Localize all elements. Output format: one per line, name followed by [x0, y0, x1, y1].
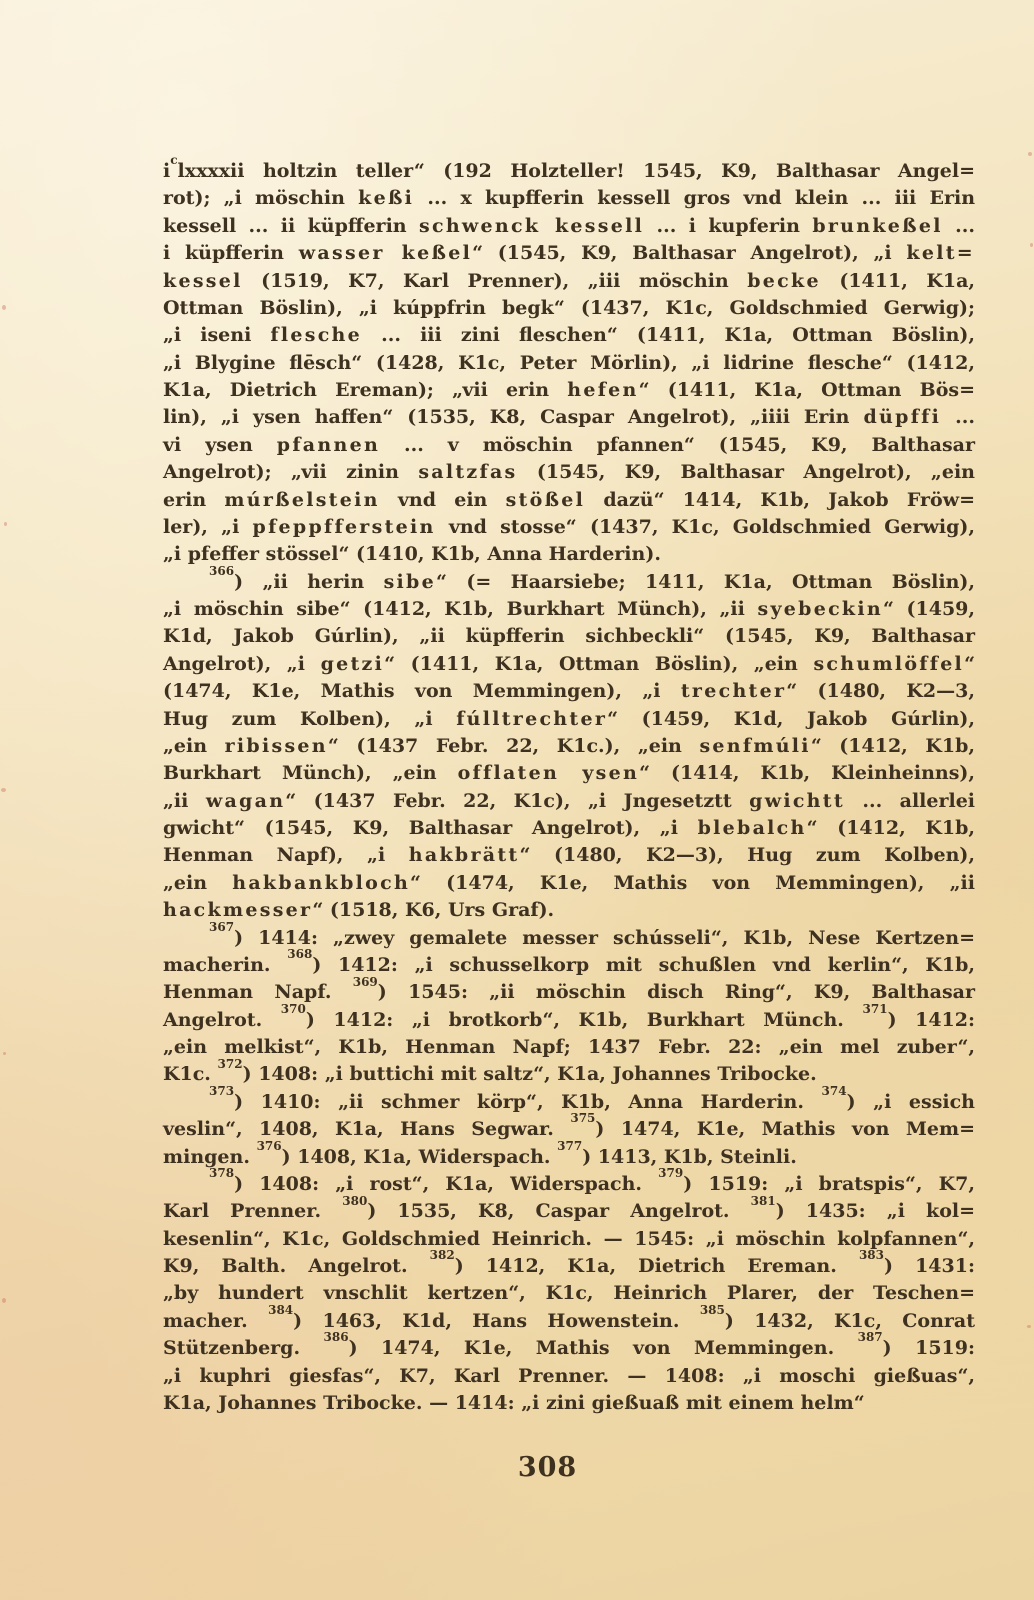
text-line: Henman Napf), „i hakbrätt“ (1480, K2—3),…: [163, 842, 975, 869]
text-line: 366) „ii herin sibe“ (= Haarsiebe; 1411,…: [163, 569, 975, 596]
text-line: „i kuphri giesfas“, K7, Karl Prenner. — …: [163, 1363, 975, 1390]
scan-artifact: [1, 788, 6, 792]
letterspaced-term: senfmúli: [699, 735, 810, 757]
text-line: lin), „i ysen haffen“ (1535, K8, Caspar …: [163, 404, 975, 431]
text-line: 367) 1414: „zwey gemalete messer schússe…: [163, 925, 975, 952]
text-line: „ein ribissen“ (1437 Febr. 22, K1c.), „e…: [163, 733, 975, 760]
scan-artifact: [1028, 152, 1032, 156]
footnote-number: 380: [342, 1194, 367, 1208]
text-line: Hug zum Kolben), „i fúlltrechter“ (1459,…: [163, 706, 975, 733]
text-line: K9, Balth. Angelrot. 382) 1412, K1a, Die…: [163, 1253, 975, 1280]
letterspaced-term: fúlltrechter: [456, 708, 607, 730]
footnote-number: 382: [430, 1248, 455, 1262]
text-run: ) 1535, K8, Caspar Angelrot.: [367, 1200, 750, 1222]
text-run: “ (1480, K2—3,: [786, 680, 975, 702]
text-run: Burkhart Münch), „ein: [163, 762, 458, 784]
text-run: ... v möschin pfannen“ (1545, K9, Baltha…: [380, 434, 975, 456]
letterspaced-term: wagan: [206, 790, 285, 812]
text-run: kesenlin“, K1c, Goldschmied Heinrich. — …: [163, 1228, 975, 1250]
text-run: “ (1411, K1a, Ottman Bös=: [639, 379, 975, 401]
text-run: ) 1435: „i kol=: [776, 1200, 975, 1222]
text-line: „ein melkist“, K1b, Henman Napf; 1437 Fe…: [163, 1034, 975, 1061]
text-run: ) 1474, K1e, Mathis von Mem=: [595, 1118, 975, 1140]
text-line: „i Blygine flēsch“ (1428, K1c, Peter Mör…: [163, 350, 975, 377]
footnote-number: 383: [859, 1248, 884, 1262]
text-run: ) „ii herin: [234, 571, 384, 593]
letterspaced-term: trechter: [681, 680, 786, 702]
text-run: Angelrot.: [163, 1009, 281, 1031]
text-run: ) 1413, K1b, Steinli.: [582, 1146, 797, 1168]
text-run: ) 1463, K1d, Hans Howenstein.: [293, 1310, 700, 1332]
footnote-number: 374: [822, 1084, 847, 1098]
letterspaced-term: stößel: [506, 489, 586, 511]
page-text: iclxxxxii holtzin teller“ (192 Holztelle…: [163, 158, 975, 1417]
text-run: macherin.: [163, 954, 287, 976]
text-run: veslin“, 1408, K1a, Hans Segwar.: [163, 1118, 570, 1140]
text-run: Hug zum Kolben), „i: [163, 708, 456, 730]
letterspaced-term: düpffi: [863, 406, 941, 428]
letterspaced-term: brunkeßel: [812, 215, 942, 237]
text-run: vnd ein: [380, 489, 506, 511]
text-line: ler), „i pfeppfferstein vnd stosse“ (143…: [163, 514, 975, 541]
footnote-number: c: [170, 153, 177, 167]
text-run: „ein: [163, 872, 232, 894]
letterspaced-term: getzi: [321, 653, 385, 675]
footnote-number: 385: [700, 1303, 725, 1317]
text-run: ) 1519: „i bratspis“, K7,: [683, 1173, 975, 1195]
footnote-number: 386: [324, 1330, 349, 1344]
text-run: Henman Napf), „i: [163, 844, 409, 866]
letterspaced-term: keßi: [358, 187, 414, 209]
text-run: ... iii zini fleschen“ (1411, K1a, Ottma…: [362, 324, 975, 346]
text-run: “ (= Haarsiebe; 1411, K1a, Ottman Böslin…: [436, 571, 975, 593]
text-run: “ (1518, K6, Urs Graf).: [312, 899, 554, 921]
text-line: „i iseni flesche ... iii zini fleschen“ …: [163, 322, 975, 349]
text-run: Henman Napf.: [163, 981, 353, 1003]
text-line: vi ysen pfannen ... v möschin pfannen“ (…: [163, 432, 975, 459]
scan-artifact: [2, 305, 6, 310]
text-run: ) 1412, K1a, Dietrich Ereman.: [455, 1255, 859, 1277]
text-run: Ottman Böslin), „i kúppfrin begk“ (1437,…: [163, 297, 975, 319]
text-run: ) 1519:: [883, 1337, 975, 1359]
text-run: macher.: [163, 1310, 268, 1332]
text-run: ) 1412: „i brotkorb“, K1b, Burkhart Münc…: [306, 1009, 863, 1031]
text-run: “ (1437 Febr. 22, K1c), „i Jngesetztt: [285, 790, 749, 812]
text-run: “: [964, 653, 975, 675]
scan-artifact: [2, 1298, 6, 1303]
text-run: K9, Balth. Angelrot.: [163, 1255, 430, 1277]
text-run: (1545, K9, Balthasar Angelrot), „ein: [518, 461, 975, 483]
letterspaced-term: gwichtt: [749, 790, 845, 812]
text-line: 373) 1410: „ii schmer körp“, K1b, Anna H…: [163, 1089, 975, 1116]
text-line: „ii wagan“ (1437 Febr. 22, K1c), „i Jnge…: [163, 788, 975, 815]
text-run: ) 1408: „i buttichi mit saltz“, K1a, Joh…: [243, 1063, 817, 1085]
footnote-number: 371: [863, 1002, 888, 1016]
text-run: “ (1474, K1e, Mathis von Memmingen), „ii: [410, 872, 975, 894]
text-run: ) „i essich: [847, 1091, 975, 1113]
text-line: iclxxxxii holtzin teller“ (192 Holztelle…: [163, 158, 975, 185]
text-run: Angelrot); „vii zinin: [163, 461, 418, 483]
text-run: ) 1545: „ii möschin disch Ring“, K9, Bal…: [378, 981, 975, 1003]
text-run: mingen.: [163, 1146, 257, 1168]
letterspaced-term: ribissen: [225, 735, 328, 757]
text-run: vi ysen: [163, 434, 277, 456]
text-run: K1a, Johannes Tribocke. — 1414: „i zini …: [163, 1392, 865, 1414]
text-run: (1519, K7, Karl Prenner), „iii möschin: [243, 270, 748, 292]
letterspaced-term: kessel: [163, 270, 243, 292]
text-run: K1c.: [163, 1063, 218, 1085]
footnote-number: 367: [209, 920, 234, 934]
text-run: „by hundert vnschlit kertzen“, K1c, Hein…: [163, 1282, 975, 1304]
text-run: ... x kupfferin kessell gros vnd klein .…: [414, 187, 975, 209]
text-run: gwicht“ (1545, K9, Balthasar Angelrot), …: [163, 817, 698, 839]
footnote-number: 369: [353, 975, 378, 989]
letterspaced-term: saltzfas: [418, 461, 517, 483]
text-run: Angelrot), „i: [163, 653, 321, 675]
text-line: K1a, Johannes Tribocke. — 1414: „i zini …: [163, 1390, 975, 1417]
text-run: Stützenberg.: [163, 1337, 324, 1359]
text-run: „i iseni: [163, 324, 270, 346]
text-line: Ottman Böslin), „i kúppfrin begk“ (1437,…: [163, 295, 975, 322]
text-line: Angelrot); „vii zinin saltzfas (1545, K9…: [163, 459, 975, 486]
footnote-number: 366: [209, 564, 234, 578]
letterspaced-term: blebalch: [698, 817, 807, 839]
text-line: hackmesser“ (1518, K6, Urs Graf).: [163, 897, 975, 924]
text-run: vnd stosse“ (1437, K1c, Goldschmied Gerw…: [436, 516, 975, 538]
text-run: „i Blygine flēsch“ (1428, K1c, Peter Mör…: [163, 352, 975, 374]
text-run: Karl Prenner.: [163, 1200, 342, 1222]
text-run: „ein melkist“, K1b, Henman Napf; 1437 Fe…: [163, 1036, 975, 1058]
text-line: „i möschin sibe“ (1412, K1b, Burkhart Mü…: [163, 596, 975, 623]
footnote-number: 378: [209, 1166, 234, 1180]
text-run: „ein: [163, 735, 225, 757]
letterspaced-term: múrßelstein: [224, 489, 379, 511]
text-run: erin: [163, 489, 224, 511]
text-run: ler), „i: [163, 516, 253, 538]
text-run: ) 1408: „i rost“, K1a, Widerspach.: [234, 1173, 658, 1195]
page-number: 308: [140, 1452, 955, 1483]
text-run: “ (1459, K1d, Jakob Gúrlin),: [607, 708, 975, 730]
text-run: “ (1412, K1b,: [811, 735, 975, 757]
letterspaced-term: schumlöffel: [813, 653, 964, 675]
text-run: “ (1480, K2—3), Hug zum Kolben),: [519, 844, 975, 866]
text-run: “ (1545, K9, Balthasar Angelrot), „i: [472, 242, 906, 264]
letterspaced-term: becke: [747, 270, 821, 292]
text-run: “ (1414, K1b, Kleinheinns),: [639, 762, 975, 784]
text-line: Angelrot), „i getzi“ (1411, K1a, Ottman …: [163, 651, 975, 678]
letterspaced-term: syebeckin: [757, 598, 882, 620]
letterspaced-term: sibe: [384, 571, 436, 593]
text-line: erin múrßelstein vnd ein stößel dazü“ 14…: [163, 487, 975, 514]
text-line: i küpfferin wasser keßel“ (1545, K9, Bal…: [163, 240, 975, 267]
text-run: „i pfeffer stössel“ (1410, K1b, Anna Har…: [163, 543, 661, 565]
text-line: kessel (1519, K7, Karl Prenner), „iii mö…: [163, 268, 975, 295]
letterspaced-term: flesche: [270, 324, 362, 346]
footnote-number: 377: [557, 1139, 582, 1153]
text-run: (1411, K1a,: [821, 270, 975, 292]
text-line: Karl Prenner. 380) 1535, K8, Caspar Ange…: [163, 1198, 975, 1225]
letterspaced-term: hefen: [567, 379, 638, 401]
text-run: ) 1412:: [888, 1009, 975, 1031]
text-run: ) 1408, K1a, Widerspach.: [282, 1146, 558, 1168]
letterspaced-term: kelt=: [906, 242, 975, 264]
letterspaced-term: pfeppfferstein: [253, 516, 436, 538]
text-run: ) 1431:: [884, 1255, 975, 1277]
scan-artifact: [1027, 1325, 1031, 1328]
text-line: (1474, K1e, Mathis von Memmingen), „i tr…: [163, 678, 975, 705]
text-line: macherin. 368) 1412: „i schusselkorp mit…: [163, 952, 975, 979]
footnote-number: 384: [268, 1303, 293, 1317]
footnote-number: 370: [281, 1002, 306, 1016]
text-line: gwicht“ (1545, K9, Balthasar Angelrot), …: [163, 815, 975, 842]
text-run: „i kuphri giesfas“, K7, Karl Prenner. — …: [163, 1365, 975, 1387]
text-run: ) 1474, K1e, Mathis von Memmingen.: [349, 1337, 858, 1359]
text-line: macher. 384) 1463, K1d, Hans Howenstein.…: [163, 1308, 975, 1335]
text-line: „ein hakbankbloch“ (1474, K1e, Mathis vo…: [163, 870, 975, 897]
text-run: „i möschin sibe“ (1412, K1b, Burkhart Mü…: [163, 598, 757, 620]
text-run: ) 1410: „ii schmer körp“, K1b, Anna Hard…: [234, 1091, 821, 1113]
text-run: ) 1432, K1c, Conrat: [725, 1310, 975, 1332]
text-run: (1474, K1e, Mathis von Memmingen), „i: [163, 680, 681, 702]
text-line: K1a, Dietrich Ereman); „vii erin hefen“ …: [163, 377, 975, 404]
scan-artifact: [3, 1052, 6, 1055]
text-run: i küpfferin: [163, 242, 299, 264]
letterspaced-term: hackmesser: [163, 899, 312, 921]
text-run: dazü“ 1414, K1b, Jakob Fröw=: [585, 489, 975, 511]
text-run: “ (1411, K1a, Ottman Böslin), „ein: [384, 653, 813, 675]
text-line: Stützenberg. 386) 1474, K1e, Mathis von …: [163, 1335, 975, 1362]
text-line: mingen. 376) 1408, K1a, Widerspach. 377)…: [163, 1144, 975, 1171]
book-page-scan: iclxxxxii holtzin teller“ (192 Holztelle…: [0, 0, 1034, 1600]
text-run: “ (1459,: [883, 598, 975, 620]
text-line: K1c. 372) 1408: „i buttichi mit saltz“, …: [163, 1061, 975, 1088]
text-run: K1d, Jakob Gúrlin), „ii küpfferin sichbe…: [163, 625, 975, 647]
text-run: rot); „i möschin: [163, 187, 358, 209]
text-run: ...: [943, 215, 975, 237]
text-run: ... i kupferin: [644, 215, 812, 237]
text-line: kessell ... ii küpfferin schwenck kessel…: [163, 213, 975, 240]
text-run: ... allerlei: [845, 790, 975, 812]
footnote-number: 375: [570, 1111, 595, 1125]
text-line: K1d, Jakob Gúrlin), „ii küpfferin sichbe…: [163, 623, 975, 650]
text-line: 378) 1408: „i rost“, K1a, Widerspach. 37…: [163, 1171, 975, 1198]
text-line: Angelrot. 370) 1412: „i brotkorb“, K1b, …: [163, 1007, 975, 1034]
text-run: lin), „i ysen haffen“ (1535, K8, Caspar …: [163, 406, 863, 428]
letterspaced-term: pfannen: [277, 434, 380, 456]
text-line: rot); „i möschin keßi ... x kupfferin ke…: [163, 185, 975, 212]
letterspaced-term: offlaten ysen: [458, 762, 640, 784]
text-run: „ii: [163, 790, 206, 812]
footnote-number: 368: [287, 947, 312, 961]
footnote-number: 376: [257, 1139, 282, 1153]
text-run: “ (1437 Febr. 22, K1c.), „ein: [328, 735, 700, 757]
text-line: kesenlin“, K1c, Goldschmied Heinrich. — …: [163, 1226, 975, 1253]
letterspaced-term: schwenck kessell: [419, 215, 644, 237]
text-run: ...: [941, 406, 975, 428]
text-run: K1a, Dietrich Ereman); „vii erin: [163, 379, 567, 401]
letterspaced-term: wasser keßel: [299, 242, 472, 264]
footnote-number: 381: [751, 1194, 776, 1208]
text-run: ) 1414: „zwey gemalete messer schússeli“…: [234, 927, 975, 949]
footnote-number: 373: [209, 1084, 234, 1098]
footnote-number: 379: [658, 1166, 683, 1180]
text-run: “ (1412, K1b,: [807, 817, 975, 839]
footnote-number: 387: [858, 1330, 883, 1344]
footnote-number: 372: [218, 1057, 243, 1071]
text-run: lxxxxii holtzin teller“ (192 Holzteller!…: [178, 160, 975, 182]
letterspaced-term: hakbankbloch: [232, 872, 410, 894]
scan-artifact: [4, 522, 7, 526]
text-line: „i pfeffer stössel“ (1410, K1b, Anna Har…: [163, 541, 975, 568]
text-run: kessell ... ii küpfferin: [163, 215, 419, 237]
letterspaced-term: hakbrätt: [409, 844, 520, 866]
text-run: ) 1412: „i schusselkorp mit schußlen vnd…: [312, 954, 975, 976]
text-line: Burkhart Münch), „ein offlaten ysen“ (14…: [163, 760, 975, 787]
scan-artifact: [1030, 243, 1033, 247]
